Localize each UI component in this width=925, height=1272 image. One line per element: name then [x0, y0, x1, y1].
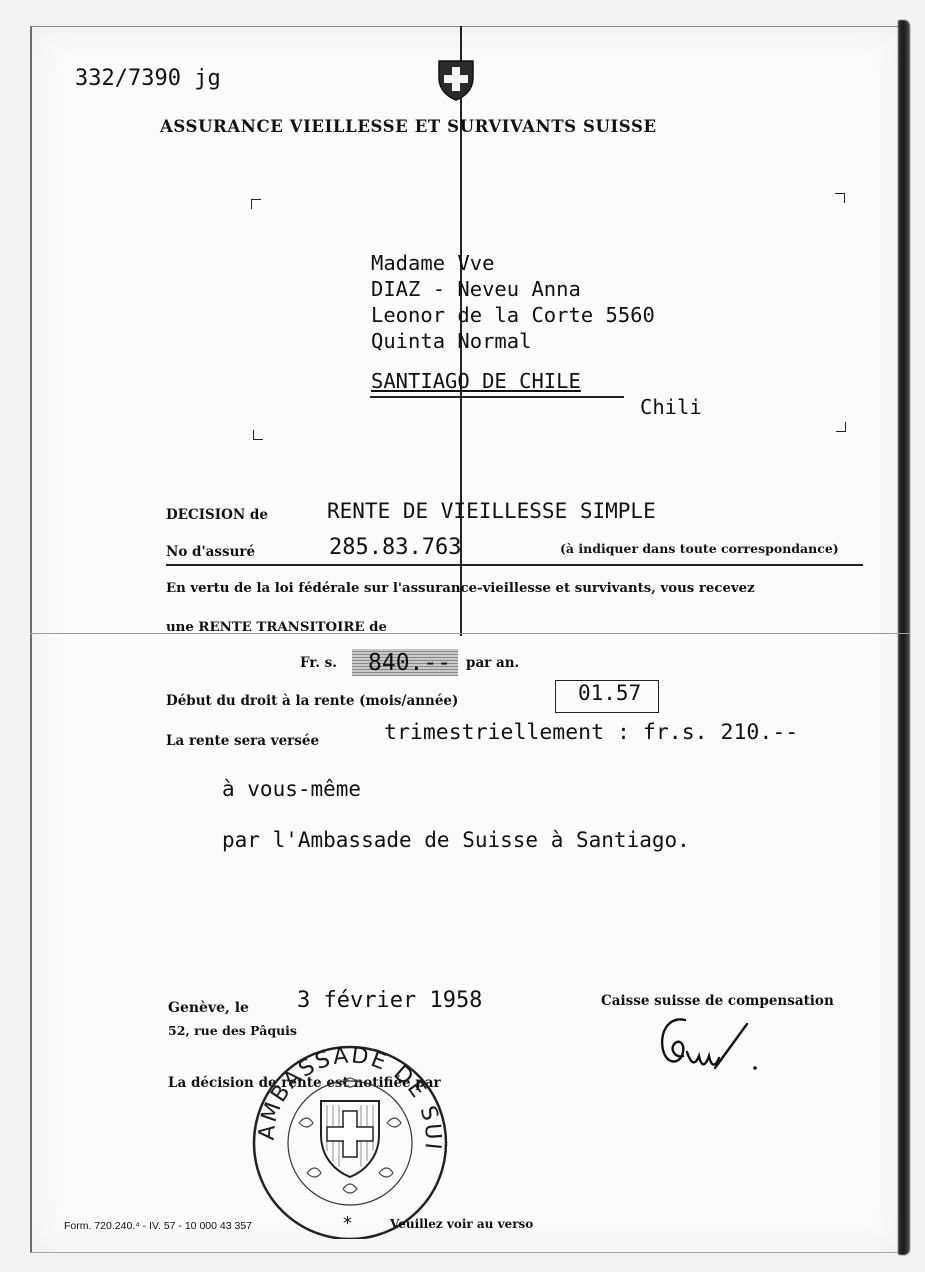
see-overleaf-note: Veuillez voir au verso — [390, 1217, 533, 1231]
addressee-line: Leonor de la Corte 5560 — [371, 302, 655, 328]
payment-recipient: à vous-même — [222, 777, 361, 801]
pension-type-text: une RENTE TRANSITOIRE de — [166, 620, 387, 635]
reference-number: 332/7390 jg — [75, 66, 221, 91]
form-code: Form. 720.240.⁴ - IV. 57 - 10 000 43 357 — [64, 1220, 252, 1232]
signature-icon — [655, 1012, 765, 1082]
addressee-line: Quinta Normal — [371, 328, 531, 354]
embassy-stamp-icon: AMBASSADE DE SUISSE AU CHILI * — [247, 1043, 452, 1239]
svg-text:*: * — [343, 1213, 352, 1234]
amount-currency-label: Fr. s. — [300, 655, 337, 671]
insured-number-note: (à indiquer dans toute correspondance) — [560, 541, 839, 556]
legal-basis-text: En vertu de la loi fédérale sur l'assura… — [166, 581, 755, 596]
insured-number-value: 285.83.763 — [329, 535, 461, 560]
issuer-street: 52, rue des Pâquis — [168, 1023, 297, 1038]
fold-crease-horizontal — [30, 633, 910, 634]
address-window-corner — [835, 193, 845, 203]
start-date-label: Début du droit à la rente (mois/année) — [166, 693, 458, 709]
insured-number-label: No d'assuré — [166, 544, 255, 560]
organisation-title: ASSURANCE VIEILLESSE ET SURVIVANTS SUISS… — [160, 117, 657, 136]
city-double-underline — [370, 396, 624, 398]
address-window-corner — [251, 199, 261, 209]
address-window-corner — [836, 422, 846, 432]
amount-period-label: par an. — [466, 655, 519, 671]
document-paper — [30, 26, 902, 1253]
address-window-corner — [253, 430, 263, 440]
payment-schedule-value: trimestriellement : fr.s. 210.-- — [384, 720, 798, 745]
paper-edge-shadow — [898, 20, 910, 1255]
decision-label: DECISION de — [166, 507, 268, 523]
addressee-city: SANTIAGO DE CHILE — [371, 369, 581, 393]
addressee-line: Madame Vve — [371, 250, 494, 276]
issuer-name: Caisse suisse de compensation — [601, 993, 834, 1009]
payment-via: par l'Ambassade de Suisse à Santiago. — [222, 828, 690, 852]
place-label: Genève, le — [168, 1000, 249, 1016]
start-date-value: 01.57 — [578, 681, 641, 705]
payment-label: La rente sera versée — [166, 733, 319, 749]
addressee-line: DIAZ - Neveu Anna — [371, 276, 581, 302]
amount-value: 840.-- — [368, 650, 451, 676]
decision-value: RENTE DE VIEILLESSE SIMPLE — [327, 499, 656, 523]
swiss-crest-icon — [437, 58, 475, 102]
issue-date: 3 février 1958 — [297, 988, 482, 1013]
divider-rule — [166, 564, 863, 566]
addressee-country: Chili — [640, 395, 702, 419]
